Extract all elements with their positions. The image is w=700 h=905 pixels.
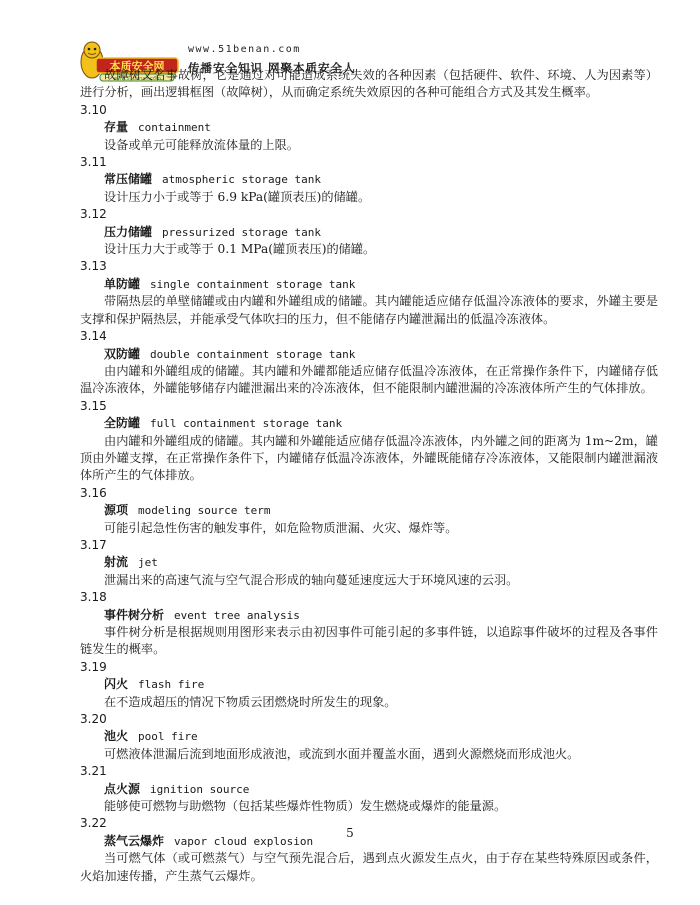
term-chinese: 存量 [104, 120, 128, 134]
definition-entry: 3.13 单防罐single containment storage tank … [80, 258, 658, 328]
term-chinese: 双防罐 [104, 347, 140, 361]
site-url[interactable]: www.51benan.com [188, 44, 301, 55]
definition-entry: 3.21 点火源ignition source 能够使可燃物与助燃物（包括某些爆… [80, 763, 658, 815]
term-heading: 双防罐double containment storage tank [80, 346, 658, 363]
term-definition: 由内罐和外罐组成的储罐。其内罐和外罐都能适应储存低温冷冻液体，在正常操作条件下，… [80, 363, 658, 398]
term-definition: 可能引起急性伤害的触发事件，如危险物质泄漏、火灾、爆炸等。 [80, 520, 658, 537]
clause-number: 3.13 [80, 258, 658, 275]
definition-entry: 3.17 射流jet 泄漏出来的高速气流与空气混合形成的轴向蔓延速度远大于环境风… [80, 537, 658, 589]
definition-entry: 3.16 源项modeling source term 可能引起急性伤害的触发事… [80, 485, 658, 537]
term-chinese: 压力储罐 [104, 225, 152, 239]
definition-entry: 3.20 池火pool fire 可燃液体泄漏后流到地面形成液池，或流到水面并覆… [80, 711, 658, 763]
term-definition: 带隔热层的单壁储罐或由内罐和外罐组成的储罐。其内罐能适应储存低温冷冻液体的要求，… [80, 293, 658, 328]
clause-number: 3.15 [80, 398, 658, 415]
term-chinese: 点火源 [104, 782, 140, 796]
term-chinese: 射流 [104, 555, 128, 569]
clause-number: 3.17 [80, 537, 658, 554]
term-english: modeling source term [138, 504, 270, 517]
term-heading: 常压储罐atmospheric storage tank [80, 171, 658, 188]
term-english: event tree analysis [174, 609, 300, 622]
term-english: jet [138, 556, 158, 569]
clause-number: 3.16 [80, 485, 658, 502]
term-heading: 事件树分析event tree analysis [80, 607, 658, 624]
term-heading: 闪火flash fire [80, 676, 658, 693]
clause-number: 3.11 [80, 154, 658, 171]
term-heading: 单防罐single containment storage tank [80, 276, 658, 293]
clause-number: 3.10 [80, 102, 658, 119]
term-definition: 事件树分析是根据规则用图形来表示由初因事件可能引起的多事件链，以追踪事件破坏的过… [80, 624, 658, 659]
term-heading: 池火pool fire [80, 728, 658, 745]
term-english: ignition source [150, 783, 249, 796]
definition-entry: 3.14 双防罐double containment storage tank … [80, 328, 658, 398]
clause-number: 3.18 [80, 589, 658, 606]
term-chinese: 源项 [104, 503, 128, 517]
term-chinese: 常压储罐 [104, 172, 152, 186]
term-english: flash fire [138, 678, 204, 691]
term-english: single containment storage tank [150, 278, 355, 291]
term-definition: 设备或单元可能释放流体量的上限。 [80, 137, 658, 154]
term-definition: 可燃液体泄漏后流到地面形成液池，或流到水面并覆盖水面，遇到火源燃烧而形成池火。 [80, 746, 658, 763]
definition-entry: 3.11 常压储罐atmospheric storage tank 设计压力小于… [80, 154, 658, 206]
document-body: 故障树又名事故树，它是通过对可能造成系统失效的各种因素（包括硬件、软件、环境、人… [80, 67, 658, 885]
page-number: 5 [0, 826, 700, 840]
term-heading: 全防罐full containment storage tank [80, 415, 658, 432]
term-english: atmospheric storage tank [162, 173, 321, 186]
term-english: pressurized storage tank [162, 226, 321, 239]
clause-number: 3.14 [80, 328, 658, 345]
term-chinese: 闪火 [104, 677, 128, 691]
definition-entry: 3.12 压力储罐pressurized storage tank 设计压力大于… [80, 206, 658, 258]
definition-entry: 3.18 事件树分析event tree analysis 事件树分析是根据规则… [80, 589, 658, 659]
clause-number: 3.19 [80, 659, 658, 676]
clause-number: 3.20 [80, 711, 658, 728]
clause-number: 3.12 [80, 206, 658, 223]
term-heading: 存量containment [80, 119, 658, 136]
term-chinese: 单防罐 [104, 277, 140, 291]
term-definition: 在不造成超压的情况下物质云团燃烧时所发生的现象。 [80, 694, 658, 711]
term-heading: 源项modeling source term [80, 502, 658, 519]
definition-entry: 3.10 存量containment 设备或单元可能释放流体量的上限。 [80, 102, 658, 154]
term-english: pool fire [138, 730, 198, 743]
clause-number: 3.21 [80, 763, 658, 780]
intro-paragraph: 故障树又名事故树，它是通过对可能造成系统失效的各种因素（包括硬件、软件、环境、人… [80, 67, 658, 102]
definition-entry: 3.15 全防罐full containment storage tank 由内… [80, 398, 658, 485]
term-chinese: 事件树分析 [104, 608, 164, 622]
definition-entry: 3.19 闪火flash fire 在不造成超压的情况下物质云团燃烧时所发生的现… [80, 659, 658, 711]
term-definition: 设计压力大于或等于 0.1 MPa(罐顶表压)的储罐。 [80, 241, 658, 258]
term-definition: 由内罐和外罐组成的储罐。其内罐和外罐能适应储存低温冷冻液体，内外罐之间的距离为 … [80, 433, 658, 485]
term-definition: 设计压力小于或等于 6.9 kPa(罐顶表压)的储罐。 [80, 189, 658, 206]
term-english: containment [138, 121, 211, 134]
term-definition: 当可燃气体（或可燃蒸气）与空气预先混合后，遇到点火源发生点火，由于存在某些特殊原… [80, 850, 658, 885]
term-chinese: 全防罐 [104, 416, 140, 430]
term-heading: 压力储罐pressurized storage tank [80, 224, 658, 241]
term-heading: 点火源ignition source [80, 781, 658, 798]
term-english: double containment storage tank [150, 348, 355, 361]
term-english: full containment storage tank [150, 417, 342, 430]
term-definition: 泄漏出来的高速气流与空气混合形成的轴向蔓延速度远大于环境风速的云羽。 [80, 572, 658, 589]
term-heading: 射流jet [80, 554, 658, 571]
term-definition: 能够使可燃物与助燃物（包括某些爆炸性物质）发生燃烧或爆炸的能量源。 [80, 798, 658, 815]
term-chinese: 池火 [104, 729, 128, 743]
